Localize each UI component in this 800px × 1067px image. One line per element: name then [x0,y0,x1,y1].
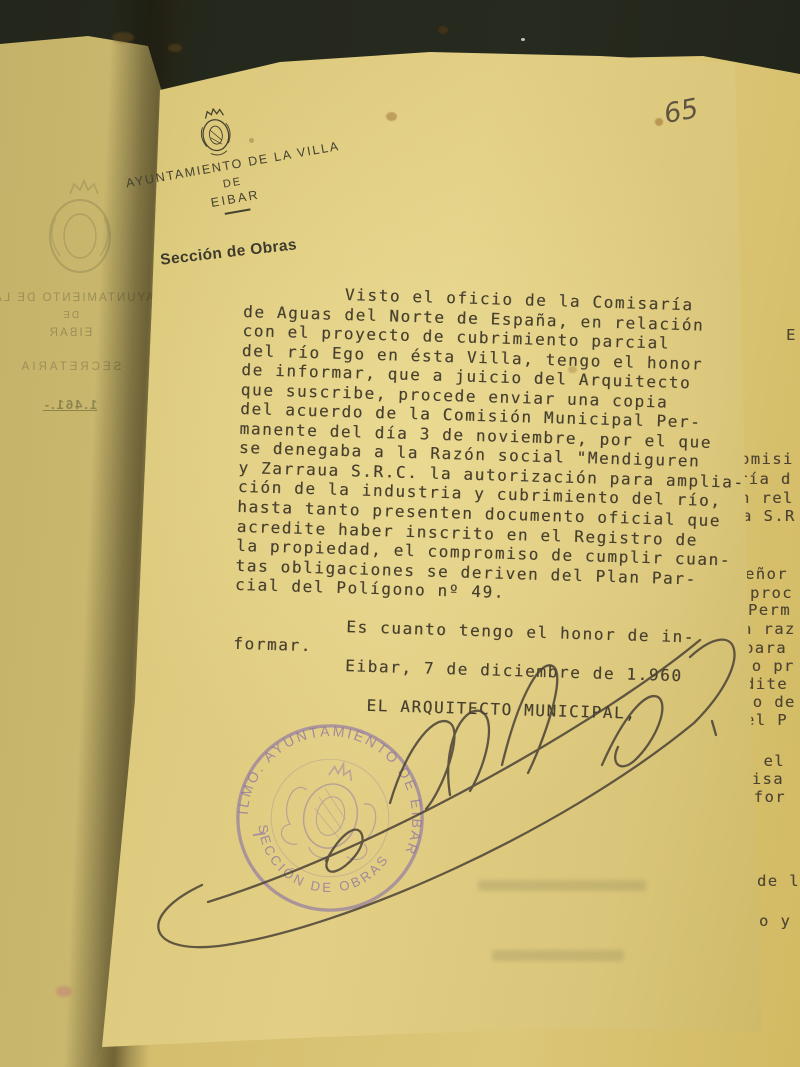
folio-number: 65 [661,93,701,130]
archive-photo: omisiría dn rela S.ReñorprocPerma razpar… [0,0,800,1067]
handwritten-signature [90,595,770,995]
